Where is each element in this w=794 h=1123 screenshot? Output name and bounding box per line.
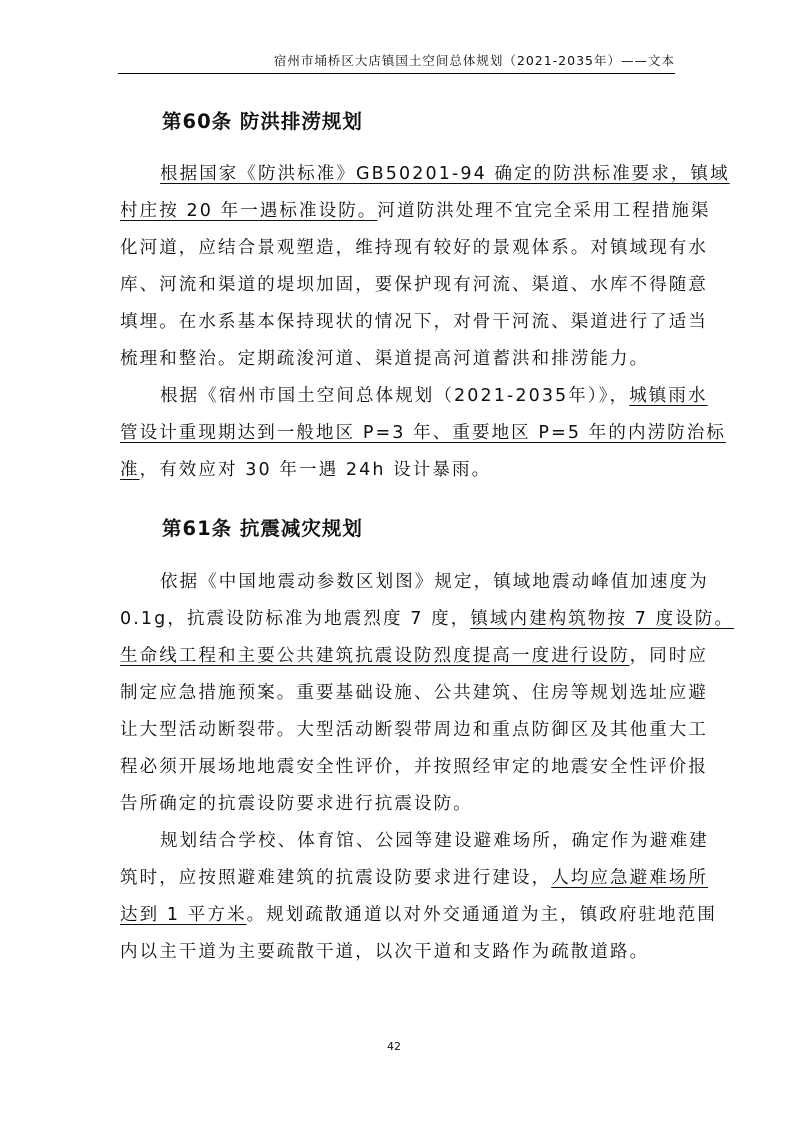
header-rule — [118, 73, 675, 74]
body-text: 规划结合学校、体育馆、公园等建设避难场所，确定作为避难建 — [160, 831, 709, 851]
text-line: 准，有效应对 30 年一遇 24h 设计暴雨。 — [120, 452, 676, 489]
body-text: 化河道，应结合景观塑造，维持现有较好的景观体系。对镇域现有水 — [120, 238, 708, 258]
underlined-text: 生命线工程和主要公共建筑抗震设防烈度提高一度进行设防 — [120, 646, 630, 666]
body-text: 0.1g，抗震设防标准为地震烈度 7 度， — [120, 609, 470, 629]
section-body-earthquake: 依据《中国地震动参数区划图》规定，镇域地震动峰值加速度为0.1g，抗震设防标准为… — [120, 564, 676, 971]
text-line: 制定应急措施预案。重要基础设施、公共建筑、住房等规划选址应避 — [120, 675, 676, 712]
text-line: 告所确定的抗震设防要求进行抗震设防。 — [120, 786, 676, 823]
body-text: 梳理和整治。定期疏浚河道、渠道提高河道蓄洪和排涝能力。 — [120, 349, 649, 369]
page-number: 42 — [387, 1040, 401, 1053]
body-text: 程必须开展场地地震安全性评价，并按照经审定的地震安全性评价报 — [120, 757, 708, 777]
text-line: 达到 1 平方米。规划疏散通道以对外交通通道为主，镇政府驻地范围 — [120, 897, 676, 934]
underlined-text: 村庄按 20 年一遇标准设防。 — [120, 201, 377, 221]
body-text: 制定应急措施预案。重要基础设施、公共建筑、住房等规划选址应避 — [120, 683, 708, 703]
text-line: 规划结合学校、体育馆、公园等建设避难场所，确定作为避难建 — [120, 823, 676, 860]
text-line: 梳理和整治。定期疏浚河道、渠道提高河道蓄洪和排涝能力。 — [120, 341, 676, 378]
body-text: 筑时，应按照避难建筑的抗震设防要求进行建设， — [120, 868, 551, 888]
text-line: 化河道，应结合景观塑造，维持现有较好的景观体系。对镇域现有水 — [120, 230, 676, 267]
body-text: 依据《中国地震动参数区划图》规定，镇域地震动峰值加速度为 — [160, 572, 709, 592]
underlined-text: 人均应急避难场所 — [551, 868, 708, 888]
underlined-text: 达到 1 平方米 — [120, 905, 247, 925]
text-line: 让大型活动断裂带。大型活动断裂带周边和重点防御区及其他重大工 — [120, 712, 676, 749]
text-line: 根据《宿州市国土空间总体规划（2021-2035年）》，城镇雨水 — [120, 378, 676, 415]
text-line: 筑时，应按照避难建筑的抗震设防要求进行建设，人均应急避难场所 — [120, 860, 676, 897]
body-text: 内以主干道为主要疏散干道，以次干道和支路作为疏散道路。 — [120, 942, 649, 962]
text-line: 生命线工程和主要公共建筑抗震设防烈度提高一度进行设防，同时应 — [120, 638, 676, 675]
text-line: 填埋。在水系基本保持现状的情况下，对骨干河流、渠道进行了适当 — [120, 304, 676, 341]
underlined-text: 管设计重现期达到一般地区 P=3 年、重要地区 P=5 年的内涝防治标 — [120, 423, 726, 443]
body-text: ，有效应对 30 年一遇 24h 设计暴雨。 — [140, 460, 492, 480]
text-line: 村庄按 20 年一遇标准设防。河道防洪处理不宜完全采用工程措施渠 — [120, 193, 676, 230]
text-line: 依据《中国地震动参数区划图》规定，镇域地震动峰值加速度为 — [120, 564, 676, 601]
body-text: 告所确定的抗震设防要求进行抗震设防。 — [120, 794, 473, 814]
section-heading-flood: 第60条 防洪排涝规划 — [162, 109, 363, 135]
text-line: 程必须开展场地地震安全性评价，并按照经审定的地震安全性评价报 — [120, 749, 676, 786]
underlined-text: 城镇雨水 — [629, 386, 707, 406]
text-line: 0.1g，抗震设防标准为地震烈度 7 度，镇域内建构筑物按 7 度设防。 — [120, 601, 676, 638]
body-text: ，同时应 — [630, 646, 708, 666]
body-text: 库、河流和渠道的堤坝加固，要保护现有河流、渠道、水库不得随意 — [120, 275, 708, 295]
text-line: 管设计重现期达到一般地区 P=3 年、重要地区 P=5 年的内涝防治标 — [120, 415, 676, 452]
section-heading-earthquake: 第61条 抗震减灾规划 — [162, 516, 363, 542]
section-body-flood: 根据国家《防洪标准》GB50201-94 确定的防洪标准要求，镇域村庄按 20 … — [120, 156, 676, 489]
underlined-text: 根据国家《防洪标准》GB50201-94 确定的防洪标准要求，镇域 — [160, 164, 730, 184]
body-text: 填埋。在水系基本保持现状的情况下，对骨干河流、渠道进行了适当 — [120, 312, 708, 332]
body-text: 河道防洪处理不宜完全采用工程措施渠 — [377, 201, 710, 221]
body-text: 。规划疏散通道以对外交通通道为主，镇政府驻地范围 — [247, 905, 717, 925]
text-line: 库、河流和渠道的堤坝加固，要保护现有河流、渠道、水库不得随意 — [120, 267, 676, 304]
underlined-text: 镇域内建构筑物按 7 度设防。 — [470, 609, 734, 629]
page-header: 宿州市埇桥区大店镇国土空间总体规划（2021-2035年）——文本 — [118, 52, 675, 70]
underlined-text: 准 — [120, 460, 140, 480]
text-line: 内以主干道为主要疏散干道，以次干道和支路作为疏散道路。 — [120, 934, 676, 971]
body-text: 根据《宿州市国土空间总体规划（2021-2035年）》， — [160, 386, 629, 406]
body-text: 让大型活动断裂带。大型活动断裂带周边和重点防御区及其他重大工 — [120, 720, 708, 740]
text-line: 根据国家《防洪标准》GB50201-94 确定的防洪标准要求，镇域 — [120, 156, 676, 193]
